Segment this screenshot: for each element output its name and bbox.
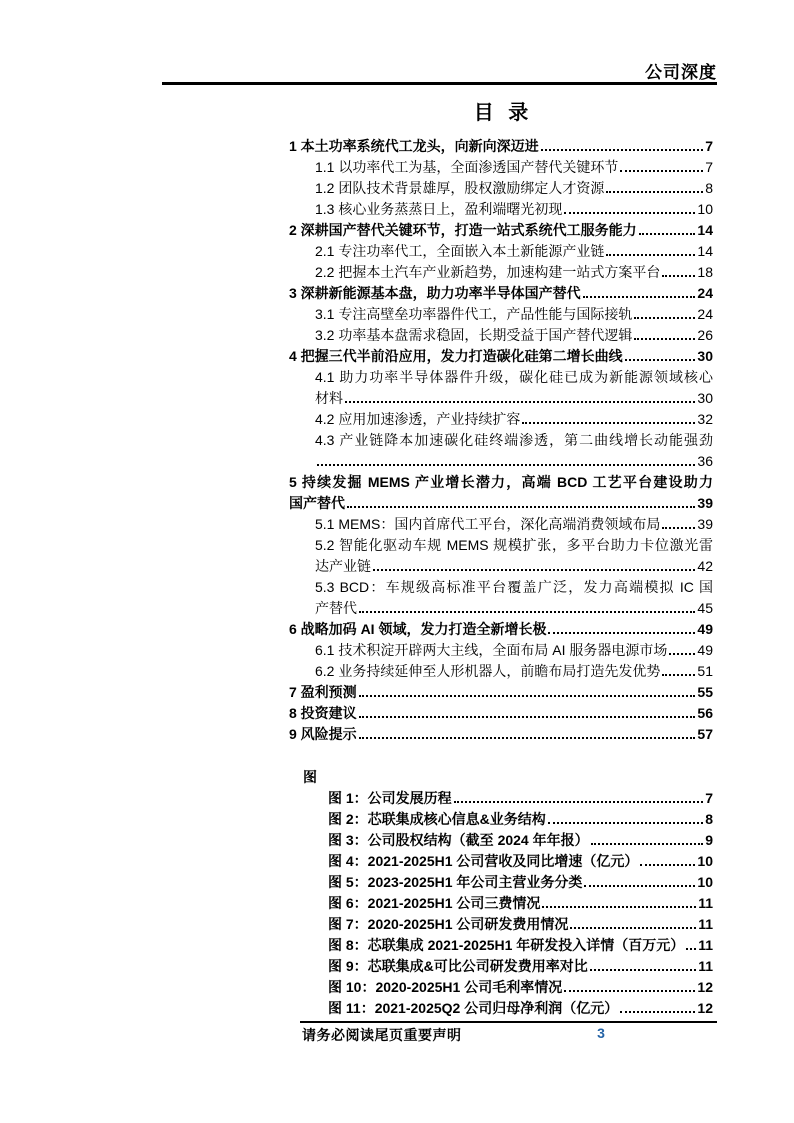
toc-entry-page: 26 [697,325,713,346]
toc-entry[interactable]: 5 持续发掘 MEMS 产业增长潜力，高端 BCD 工艺平台建设助力 [289,472,713,493]
dot-leader [639,233,696,235]
figure-entry-page: 7 [705,788,713,809]
figure-entry-page: 11 [698,956,713,977]
dot-leader [620,1011,695,1013]
figure-entry-text: 图 4：2021-2025H1 公司营收及同比增速（亿元） [328,851,638,872]
toc-entry-page: 14 [697,220,713,241]
toc-entry[interactable]: 1.2 团队技术背景雄厚，股权激励绑定人才资源 8 [289,178,713,199]
figure-entry-text: 图 1：公司发展历程 [328,788,452,809]
toc-entry[interactable]: 4.2 应用加速渗透，产业持续扩容 32 [289,409,713,430]
toc-entry-text: 1 本土功率系统代工龙头，向新向深迈进 [289,136,539,157]
toc-entry[interactable]: 2.2 把握本土汽车产业新趋势，加速构建一站式方案平台 18 [289,262,713,283]
figure-entry-text: 图 11：2021-2025Q2 公司归母净利润（亿元） [328,998,618,1019]
toc-entry-page: 30 [697,388,713,409]
figure-entry-page: 12 [697,977,713,998]
figure-entry[interactable]: 图 2：芯联集成核心信息&业务结构 8 [289,809,713,830]
toc-entry-page: 36 [697,451,713,472]
toc-entry-page: 39 [697,493,713,514]
toc-entry[interactable]: 2.1 专注功率代工，全面嵌入本土新能源产业链 14 [289,241,713,262]
dot-leader [359,716,696,718]
toc-entry-page: 39 [697,514,713,535]
toc-entry-text: 5.3 BCD：车规级高标准平台覆盖广泛，发力高端模拟 IC 国 [315,577,713,598]
figure-entry-text: 图 2：芯联集成核心信息&业务结构 [328,809,546,830]
dot-leader [606,254,695,256]
toc-entry-text: 产替代 [315,598,357,619]
toc-entry[interactable]: 6.1 技术积淀开辟两大主线，全面布局 AI 服务器电源市场 49 [289,640,713,661]
toc-entry-text: 4.2 应用加速渗透，产业持续扩容 [315,409,520,430]
figure-entry-page: 11 [698,914,713,935]
toc-entry-text: 5.2 智能化驱动车规 MEMS 规模扩张，多平台助力卡位激光雷 [315,535,713,556]
dot-leader [662,527,695,529]
figure-entry-page: 9 [705,830,713,851]
toc-entry-page: 14 [697,241,713,262]
toc-entry-page: 32 [697,409,713,430]
figure-entry[interactable]: 图 6：2021-2025H1 公司三费情况 11 [289,893,713,914]
toc-entry-text: 1.2 团队技术背景雄厚，股权激励绑定人才资源 [315,178,604,199]
dot-leader [564,990,695,992]
toc-entry-text: 2.2 把握本土汽车产业新趋势，加速构建一站式方案平台 [315,262,660,283]
dot-leader [634,317,695,319]
dot-leader [548,822,703,824]
dot-leader [662,674,695,676]
toc-entry-page: 51 [697,661,713,682]
toc-entry-page: 8 [705,178,713,199]
toc-entry-page: 30 [697,346,713,367]
toc-entry[interactable]: 4 把握三代半前沿应用，发力打造碳化硅第二增长曲线 30 [289,346,713,367]
toc-entry-text: 材料 [315,388,343,409]
dot-leader [583,296,696,298]
figure-entry-text: 图 5：2023-2025H1 年公司主营业务分类 [328,872,582,893]
figure-entry[interactable]: 图 1：公司发展历程 7 [289,788,713,809]
dot-leader [454,801,704,803]
toc-entry[interactable]: 3.1 专注高壁垒功率器件代工，产品性能与国际接轨 24 [289,304,713,325]
dot-leader [570,927,696,929]
toc-entry-text: 达产业链 [315,556,371,577]
toc-entry-text: 4 把握三代半前沿应用，发力打造碳化硅第二增长曲线 [289,346,623,367]
toc-entry[interactable]: 材料 30 [289,388,713,409]
dot-leader [686,948,696,950]
toc-entry[interactable]: 3 深耕新能源基本盘，助力功率半导体国产替代 24 [289,283,713,304]
dot-leader [542,906,696,908]
toc-title: 目 录 [289,96,713,125]
report-type-label: 公司深度 [645,58,717,83]
toc-entry-text: 1.3 核心业务蒸蒸日上，盈利端曙光初现 [315,199,562,220]
figures-heading: 图 [289,767,713,788]
figure-entry-text: 图 10：2020-2025H1 公司毛利率情况 [328,977,562,998]
dot-leader [548,632,695,634]
toc-entry-text: 1.1 以功率代工为基，全面渗透国产替代关键环节 [315,157,618,178]
toc-entry-page: 10 [697,199,713,220]
page-number: 3 [590,1025,612,1041]
dot-leader [564,212,695,214]
toc-entry[interactable]: 国产替代 39 [289,493,713,514]
toc-entry[interactable]: 2 深耕国产替代关键环节，打造一站式系统代工服务能力 14 [289,220,713,241]
toc-section: 1 本土功率系统代工龙头，向新向深迈进 7 1.1 以功率代工为基，全面渗透国产… [289,136,713,1019]
toc-entry-text: 8 投资建议 [289,703,357,724]
dot-leader [541,149,704,151]
figures-list: 图 1：公司发展历程 7 图 2：芯联集成核心信息&业务结构 8 图 3：公司股… [289,788,713,1019]
toc-entry-page: 56 [697,703,713,724]
figure-entry-text: 图 9：芯联集成&可比公司研发费用率对比 [328,956,588,977]
dot-leader [634,338,695,340]
toc-entry-text: 国产替代 [289,493,345,514]
toc-entry[interactable]: 1.3 核心业务蒸蒸日上，盈利端曙光初现 10 [289,199,713,220]
dot-leader [584,885,695,887]
toc-entry[interactable]: 1 本土功率系统代工龙头，向新向深迈进 7 [289,136,713,157]
dot-leader [606,191,703,193]
toc-entry-page: 49 [697,640,713,661]
figure-entry-text: 图 6：2021-2025H1 公司三费情况 [328,893,540,914]
toc-entry-page: 42 [697,556,713,577]
toc-entry[interactable]: 7 盈利预测 55 [289,682,713,703]
toc-entry-text: 3.2 功率基本盘需求稳固，长期受益于国产替代逻辑 [315,325,632,346]
dot-leader [359,611,695,613]
dot-leader [590,969,696,971]
toc-entry-text: 5.1 MEMS：国内首席代工平台，深化高端消费领域布局 [315,514,660,535]
dot-leader [620,170,703,172]
toc-entry-page: 18 [697,262,713,283]
toc-entry-page: 57 [697,724,713,745]
header-rule [162,82,717,85]
toc-entry[interactable]: 6.2 业务持续延伸至人形机器人，前瞻布局打造先发优势 51 [289,661,713,682]
toc-entry[interactable]: 6 战略加码 AI 领域，发力打造全新增长极 49 [289,619,713,640]
dot-leader [317,464,695,466]
toc-entry-text: 6 战略加码 AI 领域，发力打造全新增长极 [289,619,546,640]
toc-entry-text: 2.1 专注功率代工，全面嵌入本土新能源产业链 [315,241,604,262]
toc-entry[interactable]: 3.2 功率基本盘需求稳固，长期受益于国产替代逻辑 26 [289,325,713,346]
toc-entry[interactable]: 8 投资建议 56 [289,703,713,724]
figure-entry[interactable]: 图 10：2020-2025H1 公司毛利率情况 12 [289,977,713,998]
toc-entry-text: 3 深耕新能源基本盘，助力功率半导体国产替代 [289,283,581,304]
footer-disclaimer: 请务必阅读尾页重要声明 [302,1025,462,1045]
toc-entry-page: 24 [697,283,713,304]
figure-entry-page: 10 [697,851,713,872]
toc-entry-text: 9 风险提示 [289,724,357,745]
dot-leader [625,359,696,361]
dot-leader [347,506,695,508]
toc-entry-page: 45 [697,598,713,619]
figure-entry[interactable]: 图 11：2021-2025Q2 公司归母净利润（亿元） 12 [289,998,713,1019]
figure-entry[interactable]: 图 5：2023-2025H1 年公司主营业务分类 10 [289,872,713,893]
toc-entry-text: 6.2 业务持续延伸至人形机器人，前瞻布局打造先发优势 [315,661,660,682]
dot-leader [669,653,695,655]
toc-entry[interactable]: 产替代 45 [289,598,713,619]
figure-entry-text: 图 7：2020-2025H1 公司研发费用情况 [328,914,568,935]
dot-leader [522,422,695,424]
figure-entry[interactable]: 图 7：2020-2025H1 公司研发费用情况 11 [289,914,713,935]
toc-entry[interactable]: 36 [289,451,713,472]
toc-entry-text: 5 持续发掘 MEMS 产业增长潜力，高端 BCD 工艺平台建设助力 [289,472,713,493]
toc-entry-text: 4.3 产业链降本加速碳化硅终端渗透，第二曲线增长动能强劲 [315,430,713,451]
page: 公司深度 目 录 1 本土功率系统代工龙头，向新向深迈进 7 1.1 以功率代工… [0,0,794,1123]
toc-entry[interactable]: 5.2 智能化驱动车规 MEMS 规模扩张，多平台助力卡位激光雷 [289,535,713,556]
figure-entry-page: 11 [698,893,713,914]
dot-leader [359,737,696,739]
toc-list: 1 本土功率系统代工龙头，向新向深迈进 7 1.1 以功率代工为基，全面渗透国产… [289,136,713,745]
toc-entry[interactable]: 5.3 BCD：车规级高标准平台覆盖广泛，发力高端模拟 IC 国 [289,577,713,598]
dot-leader [591,843,704,845]
toc-entry-page: 55 [697,682,713,703]
dot-leader [662,275,695,277]
figure-entry-text: 图 8：芯联集成 2021-2025H1 年研发投入详情（百万元） [328,935,684,956]
dot-leader [640,864,695,866]
figure-entry[interactable]: 图 8：芯联集成 2021-2025H1 年研发投入详情（百万元） 11 [289,935,713,956]
figure-entry[interactable]: 图 3：公司股权结构（截至 2024 年年报） 9 [289,830,713,851]
toc-entry-page: 7 [705,136,713,157]
toc-entry[interactable]: 达产业链 42 [289,556,713,577]
toc-entry[interactable]: 1.1 以功率代工为基，全面渗透国产替代关键环节 7 [289,157,713,178]
toc-entry[interactable]: 4.3 产业链降本加速碳化硅终端渗透，第二曲线增长动能强劲 [289,430,713,451]
dot-leader [373,569,695,571]
figure-entry[interactable]: 图 9：芯联集成&可比公司研发费用率对比 11 [289,956,713,977]
toc-entry-page: 24 [697,304,713,325]
toc-entry-page: 7 [705,157,713,178]
toc-entry-page: 49 [697,619,713,640]
toc-entry-text: 7 盈利预测 [289,682,357,703]
toc-entry-text: 6.1 技术积淀开辟两大主线，全面布局 AI 服务器电源市场 [315,640,667,661]
figure-entry[interactable]: 图 4：2021-2025H1 公司营收及同比增速（亿元） 10 [289,851,713,872]
toc-entry[interactable]: 5.1 MEMS：国内首席代工平台，深化高端消费领域布局 39 [289,514,713,535]
toc-entry[interactable]: 9 风险提示 57 [289,724,713,745]
toc-entry-text: 3.1 专注高壁垒功率器件代工，产品性能与国际接轨 [315,304,632,325]
toc-entry[interactable]: 4.1 助力功率半导体器件升级，碳化硅已成为新能源领域核心 [289,367,713,388]
dot-leader [359,695,696,697]
toc-entry-text: 4.1 助力功率半导体器件升级，碳化硅已成为新能源领域核心 [315,367,713,388]
toc-entry-text: 2 深耕国产替代关键环节，打造一站式系统代工服务能力 [289,220,637,241]
figure-entry-page: 8 [705,809,713,830]
dot-leader [345,401,695,403]
figure-entry-page: 10 [697,872,713,893]
footer-rule [300,1021,717,1023]
figure-entry-page: 11 [698,935,713,956]
figure-entry-page: 12 [697,998,713,1019]
figure-entry-text: 图 3：公司股权结构（截至 2024 年年报） [328,830,589,851]
